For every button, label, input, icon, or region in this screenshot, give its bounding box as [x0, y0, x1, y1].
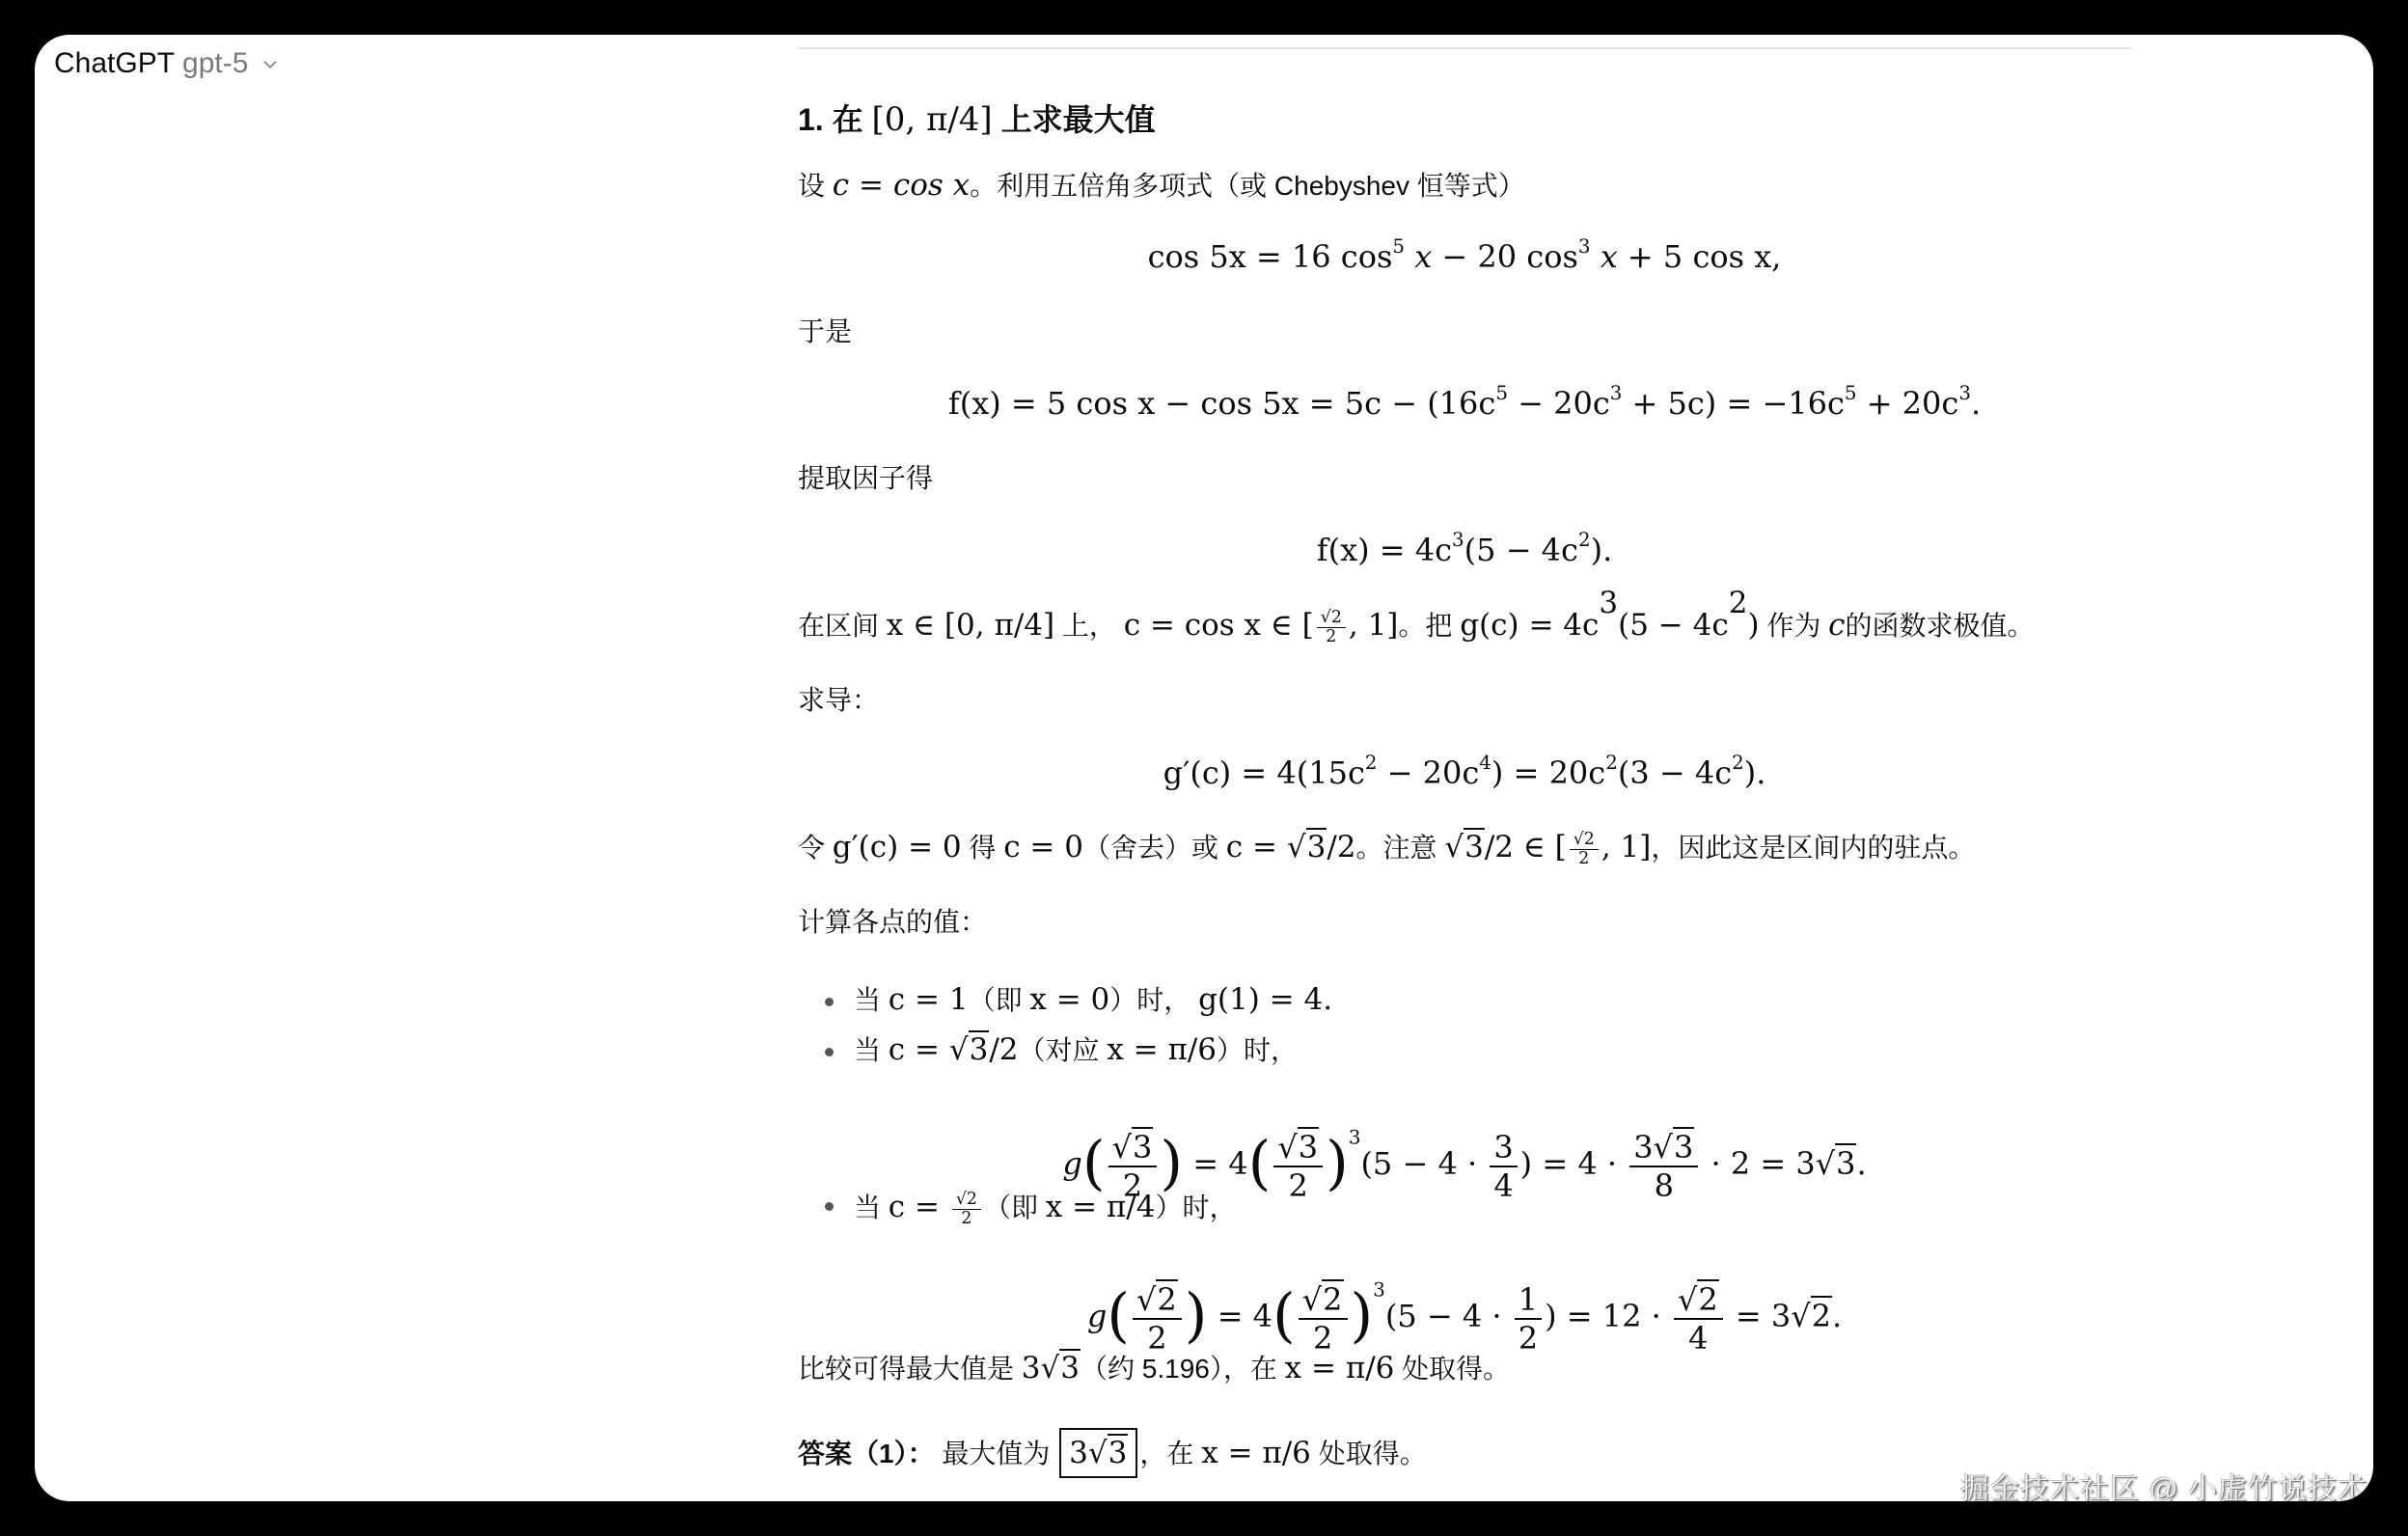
math-inline: g′(c) = 0: [833, 830, 962, 864]
bullet-dot: [825, 1202, 834, 1211]
math: (3 − 4c: [1618, 754, 1732, 791]
paragraph-critical-point: 令 g′(c) = 0 得 c = 0（舍去）或 c = √3/2。注意 √3/…: [798, 824, 1975, 871]
math: 16 cos: [1292, 238, 1393, 275]
fraction: √32: [1273, 1132, 1323, 1201]
text: ）时，: [1155, 1193, 1236, 1222]
paragraph-evaluate: 计算各点的值：: [798, 903, 987, 942]
math-inline: , 1]: [1349, 608, 1399, 643]
text: ，在: [1139, 1439, 1193, 1468]
math-inline: c =: [889, 1190, 949, 1224]
sqrt: √3: [1041, 1349, 1081, 1387]
math: g: [1087, 1298, 1107, 1334]
text: 。注意: [1356, 833, 1437, 863]
math: = 4: [1218, 1298, 1272, 1334]
math: (: [1272, 1282, 1296, 1350]
equation-fx-factored: f(x) = 4c3(5 − 4c2).: [798, 529, 2131, 571]
coef: 3: [1069, 1436, 1088, 1470]
math-inline: x = π/4: [1046, 1190, 1156, 1224]
math-exp: 3: [1958, 382, 1971, 404]
math: −: [1441, 238, 1467, 275]
math: ).: [1744, 754, 1766, 791]
math-exp: 3: [1452, 529, 1464, 551]
fraction: √22: [1133, 1284, 1182, 1354]
math: .: [1856, 1145, 1866, 1182]
answer-label: 答案（1）：: [798, 1439, 935, 1468]
math: .: [1971, 385, 1981, 422]
math: x: [1414, 238, 1432, 275]
text: 。把: [1398, 611, 1452, 641]
numerator: √2: [1299, 1284, 1348, 1320]
numerator: √2: [952, 1192, 981, 1210]
text: （即: [984, 1193, 1038, 1222]
text: 处取得。: [1319, 1439, 1427, 1468]
list-item: 当 c = 1（即 x = 0）时， g(1) = 4.: [854, 980, 1332, 1020]
radicand: 3: [1835, 1143, 1856, 1182]
math: ): [1185, 1282, 1208, 1350]
denominator: 2: [1574, 850, 1593, 867]
chat-window: ChatGPT gpt-5 1. 在 [0, π/4] 上求最大值 设 c = …: [35, 35, 2373, 1501]
numerator: √2: [1317, 610, 1346, 628]
numerator: √2: [1570, 832, 1599, 850]
math-inline: /2: [989, 1032, 1018, 1067]
math-inline: g(c) = 4c: [1460, 608, 1599, 643]
boxed-answer: 3√3: [1059, 1428, 1137, 1478]
text: 当: [854, 1193, 881, 1222]
math: + 20c: [1857, 385, 1959, 422]
math-inline: (5 − 4c: [1618, 608, 1729, 643]
text: （舍去）或: [1083, 833, 1218, 863]
math-inline: ): [1747, 608, 1759, 643]
fraction: 3√38: [1629, 1132, 1698, 1201]
math: = 3: [1726, 1298, 1792, 1334]
math: (: [1248, 1130, 1272, 1197]
math: f(x) = 4c: [1317, 532, 1452, 568]
math-exp: 5: [1392, 235, 1405, 258]
math: − 20c: [1508, 385, 1610, 422]
text: （对应: [1019, 1035, 1100, 1065]
math-inline: x = π/6: [1107, 1032, 1217, 1067]
fraction: √22: [1317, 610, 1346, 646]
radicand: 3: [1132, 1127, 1153, 1166]
watermark: 掘金技术社区 @ 小虚竹说技术: [1960, 1465, 2367, 1501]
text: （约 5.196），在: [1081, 1354, 1277, 1384]
math-inline: /2 ∈ [: [1485, 830, 1567, 864]
math: .: [1832, 1298, 1842, 1334]
math-exp: 5: [1845, 382, 1857, 404]
text: 作为: [1766, 611, 1820, 641]
math: (5 − 4 ·: [1385, 1298, 1512, 1334]
equation-derivative: g′(c) = 4(15c2 − 20c4) = 20c2(3 − 4c2).: [798, 751, 2131, 795]
math: ) = 20c: [1491, 754, 1605, 791]
math-inline: x = 0: [1029, 982, 1109, 1017]
model-selector[interactable]: ChatGPT gpt-5: [54, 39, 281, 89]
paragraph-substitution: 设 c = cos x。利用五倍角多项式（或 Chebyshev 恒等式）: [798, 166, 1525, 206]
math-exp: 3: [1373, 1278, 1385, 1301]
text: ）时，: [1109, 985, 1190, 1015]
heading-suffix: 上求最大值: [1001, 102, 1156, 137]
math: ) = 4 ·: [1520, 1145, 1628, 1182]
math-exp: 4: [1479, 752, 1491, 774]
text: 处取得。: [1402, 1354, 1510, 1384]
numerator: √2: [1133, 1284, 1182, 1320]
math: (: [1107, 1282, 1130, 1350]
math-inline: , 1]: [1601, 830, 1652, 864]
paragraph-thus: 于是: [798, 313, 852, 351]
math-inline: x = π/6: [1201, 1436, 1311, 1470]
radicand: 3: [1059, 1349, 1081, 1385]
math-exp: 3: [1349, 1126, 1361, 1148]
text: ，因此这是区间内的驻点。: [1651, 833, 1975, 863]
heading-math: [0, π/4]: [871, 100, 992, 139]
paragraph-interval: 在区间 x ∈ [0, π/4] 上， c = cos x ∈ [√22, 1]…: [798, 602, 2035, 649]
sqrt: √3: [1287, 824, 1327, 870]
app-name: ChatGPT: [54, 47, 175, 80]
text: 当: [854, 985, 881, 1015]
text: 得: [969, 833, 996, 863]
math-inline: c =: [1226, 830, 1287, 864]
paragraph-derivative: 求导：: [798, 681, 879, 720]
numerator: √3: [1273, 1132, 1323, 1167]
math: ) = 12 ·: [1545, 1298, 1671, 1334]
math-inline: 3: [1022, 1351, 1041, 1385]
radicand: 2: [1811, 1296, 1832, 1334]
math: f(x) = 5 cos x − cos 5x = 5c − (16c: [948, 385, 1495, 422]
math-inline: c = cos x ∈ [: [1124, 608, 1314, 643]
math: =: [1256, 238, 1282, 275]
bullet-dot: [825, 998, 834, 1006]
sqrt: √2: [1791, 1268, 1832, 1364]
chevron-down-icon: [260, 54, 281, 75]
denominator: 2: [1322, 628, 1340, 645]
fraction: √24: [1674, 1284, 1723, 1354]
list-item: 当 c = √3/2（对应 x = π/6）时，: [854, 1030, 1298, 1070]
bullet-dot: [825, 1048, 834, 1056]
sqrt: √3: [1444, 824, 1485, 870]
math: (5 − 4c: [1464, 532, 1578, 568]
text: 的函数求极值。: [1846, 611, 2035, 641]
math: · 2 = 3: [1701, 1145, 1815, 1182]
coef: 3: [1633, 1129, 1653, 1166]
text: 上，: [1062, 611, 1116, 641]
math: ): [1351, 1282, 1374, 1350]
radicand: 3: [969, 1030, 990, 1067]
math-exp: 2: [1605, 752, 1618, 774]
text: 在区间: [798, 611, 879, 641]
sqrt: √3: [1816, 1115, 1857, 1212]
numerator: 3: [1490, 1132, 1517, 1167]
radicand: 3: [1464, 828, 1485, 864]
numerator: 1: [1515, 1284, 1542, 1320]
math-inline: c = 1: [889, 982, 969, 1017]
radicand: 2: [1156, 1279, 1177, 1318]
text: 设: [798, 171, 825, 201]
math: 5 cos x,: [1663, 238, 1782, 275]
paragraph-factor: 提取因子得: [798, 459, 933, 498]
math-exp: 2: [1729, 586, 1748, 620]
math: g′(c) = 4(15c: [1163, 754, 1365, 791]
denominator: 8: [1651, 1167, 1678, 1201]
math-inline: g(1) = 4.: [1198, 982, 1332, 1017]
math-exp: 5: [1495, 382, 1508, 404]
math-inline: c: [1828, 608, 1845, 643]
math: ): [1326, 1130, 1349, 1197]
math-exp: 3: [1578, 235, 1591, 258]
fraction: √22: [1299, 1284, 1348, 1354]
text: ）时，: [1217, 1035, 1298, 1065]
math: + 5c) = −16c: [1622, 385, 1845, 422]
radicand: 3: [1306, 828, 1327, 864]
math-exp: 2: [1365, 752, 1378, 774]
sqrt: √3: [949, 1030, 990, 1069]
math: g: [1062, 1145, 1081, 1182]
fraction: √22: [952, 1192, 981, 1228]
math-inline: c = cos x: [833, 168, 970, 203]
fraction: √22: [1570, 832, 1599, 868]
math-inline: c = 0: [1003, 830, 1083, 864]
math: 20 cos: [1477, 238, 1578, 275]
numerator: √3: [1108, 1132, 1158, 1167]
math-exp: 2: [1578, 529, 1591, 551]
radicand: 3: [1108, 1434, 1129, 1470]
denominator: 2: [1285, 1167, 1312, 1201]
text: 比较可得最大值是: [798, 1354, 1014, 1384]
math-inline: /2: [1327, 830, 1355, 864]
fraction: 34: [1490, 1132, 1517, 1201]
math: ).: [1591, 532, 1613, 568]
math: cos 5x: [1148, 238, 1246, 275]
math-exp: 2: [1732, 752, 1744, 774]
denominator: 2: [1515, 1320, 1542, 1354]
numerator: √2: [1674, 1284, 1723, 1320]
denominator: 4: [1684, 1320, 1711, 1354]
paragraph-conclusion: 比较可得最大值是 3√3（约 5.196），在 x = π/6 处取得。: [798, 1349, 1510, 1388]
equation-fx-expanded: f(x) = 5 cos x − cos 5x = 5c − (16c5 − 2…: [798, 382, 2131, 425]
math: (5 − 4 ·: [1360, 1145, 1487, 1182]
math: = 4: [1192, 1145, 1247, 1182]
section-heading: 1. 在 [0, π/4] 上求最大值: [798, 100, 1156, 139]
math: − 20c: [1378, 754, 1480, 791]
math: x: [1601, 238, 1618, 275]
text: （即: [969, 985, 1023, 1015]
denominator: 2: [957, 1210, 975, 1227]
fraction: 12: [1515, 1284, 1542, 1354]
text: 令: [798, 833, 825, 863]
model-name: gpt-5: [182, 47, 248, 80]
list-item: 当 c = √22（即 x = π/4）时，: [854, 1183, 1236, 1232]
radicand: 2: [1697, 1279, 1718, 1318]
radicand: 3: [1298, 1127, 1319, 1166]
math-inline: c =: [889, 1032, 949, 1067]
math-exp: 3: [1610, 382, 1623, 404]
math-inline: x = π/6: [1285, 1351, 1395, 1385]
numerator: 3√3: [1629, 1132, 1698, 1167]
radicand: 2: [1322, 1279, 1343, 1318]
message-divider: [798, 47, 2131, 49]
math-inline: x ∈ [0, π/4]: [887, 608, 1054, 643]
text: 当: [854, 1035, 881, 1065]
text: 。利用五倍角多项式（或 Chebyshev 恒等式）: [970, 171, 1525, 201]
math: +: [1628, 238, 1654, 275]
text: 最大值为: [942, 1439, 1050, 1468]
heading-prefix: 1. 在: [798, 102, 863, 137]
denominator: 4: [1490, 1167, 1517, 1201]
equation-cos5x: cos 5x = 16 cos5 x − 20 cos3 x + 5 cos x…: [798, 235, 2131, 278]
answer-line: 答案（1）： 最大值为 3√3，在 x = π/6 处取得。: [798, 1428, 1427, 1479]
radicand: 3: [1673, 1127, 1694, 1166]
math-exp: 3: [1599, 586, 1618, 620]
